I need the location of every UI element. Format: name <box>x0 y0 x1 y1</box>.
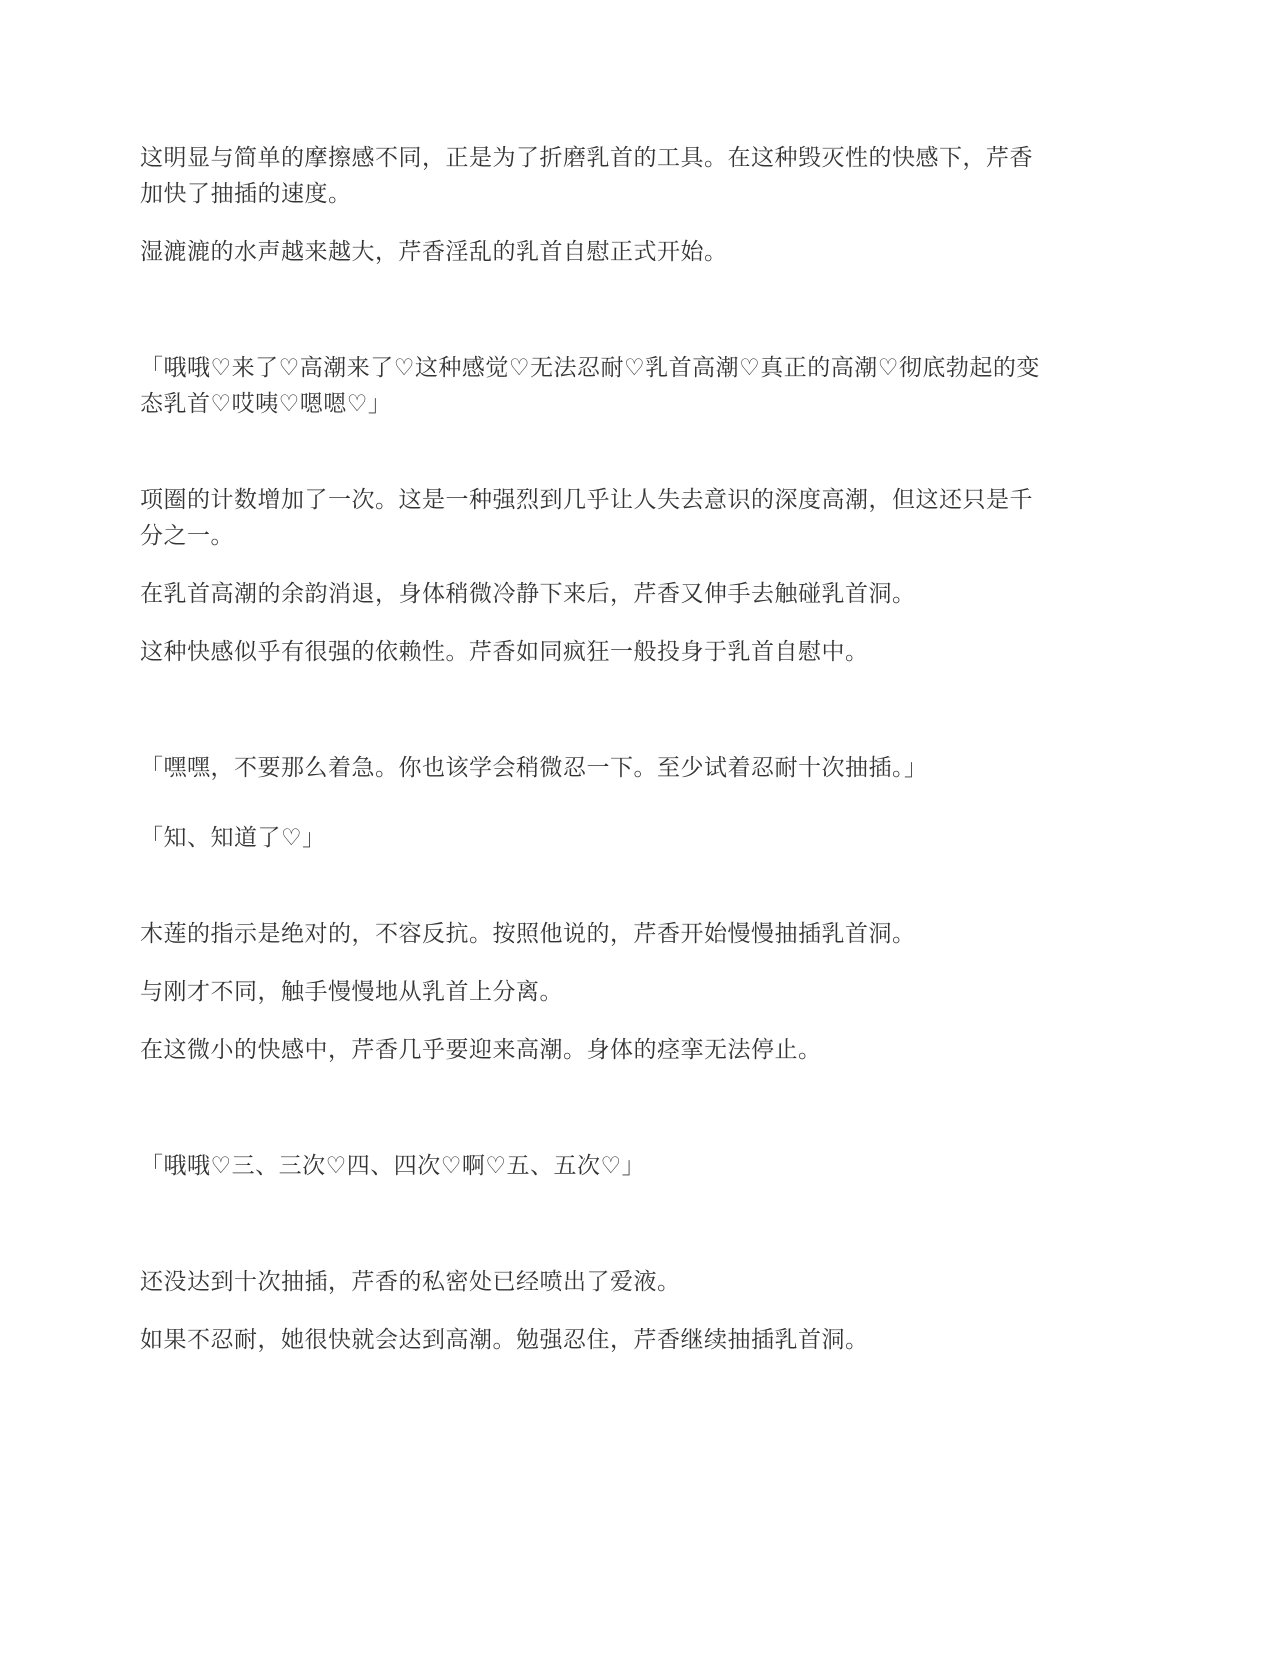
paragraph-narration-9: 还没达到十次抽插，芹香的私密处已经喷出了爱液。 <box>140 1264 1045 1300</box>
paragraph-narration-4: 在乳首高潮的余韵消退，身体稍微冷静下来后，芹香又伸手去触碰乳首洞。 <box>140 576 1045 612</box>
paragraph-narration-2: 湿漉漉的水声越来越大，芹香淫乱的乳首自慰正式开始。 <box>140 234 1045 270</box>
paragraph-narration-5: 这种快感似乎有很强的依赖性。芹香如同疯狂一般投身于乳首自慰中。 <box>140 634 1045 670</box>
paragraph-dialogue-1: 「哦哦♡来了♡高潮来了♡这种感觉♡无法忍耐♡乳首高潮♡真正的高潮♡彻底勃起的变态… <box>140 350 1045 422</box>
paragraph-narration-7: 与刚才不同，触手慢慢地从乳首上分离。 <box>140 974 1045 1010</box>
paragraph-narration-1: 这明显与简单的摩擦感不同，正是为了折磨乳首的工具。在这种毁灭性的快感下，芹香加快… <box>140 140 1045 212</box>
paragraph-narration-3: 项圈的计数增加了一次。这是一种强烈到几乎让人失去意识的深度高潮，但这还只是千分之… <box>140 482 1045 554</box>
paragraph-narration-6: 木莲的指示是绝对的，不容反抗。按照他说的，芹香开始慢慢抽插乳首洞。 <box>140 916 1045 952</box>
paragraph-dialogue-2: 「嘿嘿，不要那么着急。你也该学会稍微忍一下。至少试着忍耐十次抽插。」 <box>140 750 1045 786</box>
paragraph-dialogue-3: 「知、知道了♡」 <box>140 820 1045 856</box>
paragraph-narration-8: 在这微小的快感中，芹香几乎要迎来高潮。身体的痉挛无法停止。 <box>140 1032 1045 1068</box>
paragraph-narration-10: 如果不忍耐，她很快就会达到高潮。勉强忍住，芹香继续抽插乳首洞。 <box>140 1322 1045 1358</box>
document-page: 这明显与简单的摩擦感不同，正是为了折磨乳首的工具。在这种毁灭性的快感下，芹香加快… <box>0 0 1280 1500</box>
paragraph-dialogue-4: 「哦哦♡三、三次♡四、四次♡啊♡五、五次♡」 <box>140 1148 1045 1184</box>
